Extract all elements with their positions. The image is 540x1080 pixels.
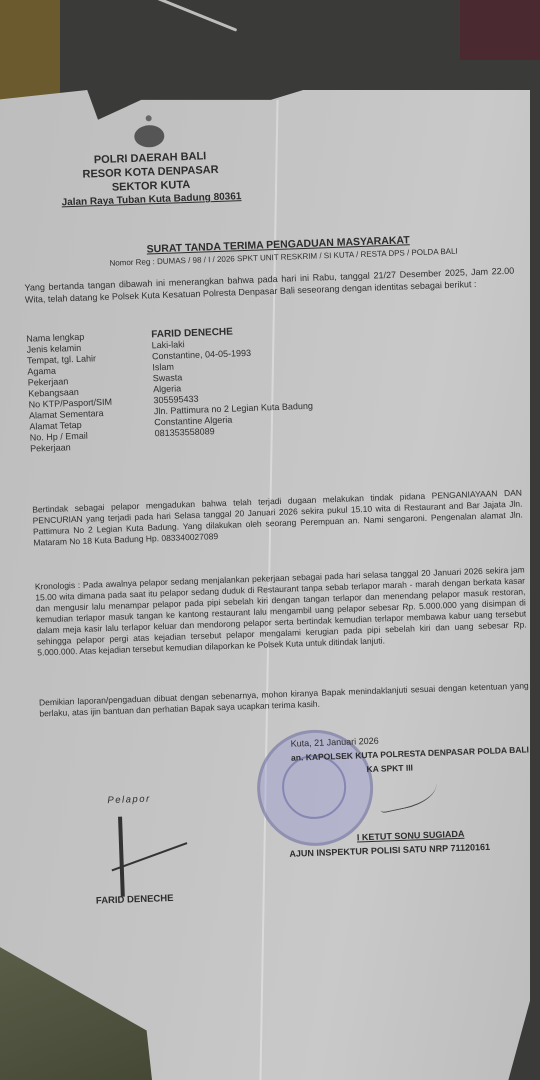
identity-table: Nama lengkapFARID DENECHE Jenis kelaminL… bbox=[26, 324, 314, 455]
letterhead: POLRI DAERAH BALI RESOR KOTA DENPASAR SE… bbox=[14, 121, 287, 212]
stamp-inner-ring bbox=[281, 754, 347, 820]
background-object bbox=[460, 0, 540, 60]
official-unit: KA SPKT III bbox=[366, 762, 413, 774]
reporter-label: Pelapor bbox=[107, 794, 151, 807]
police-emblem-icon bbox=[134, 125, 165, 148]
background-surface bbox=[0, 0, 60, 110]
pen-object bbox=[153, 0, 238, 32]
